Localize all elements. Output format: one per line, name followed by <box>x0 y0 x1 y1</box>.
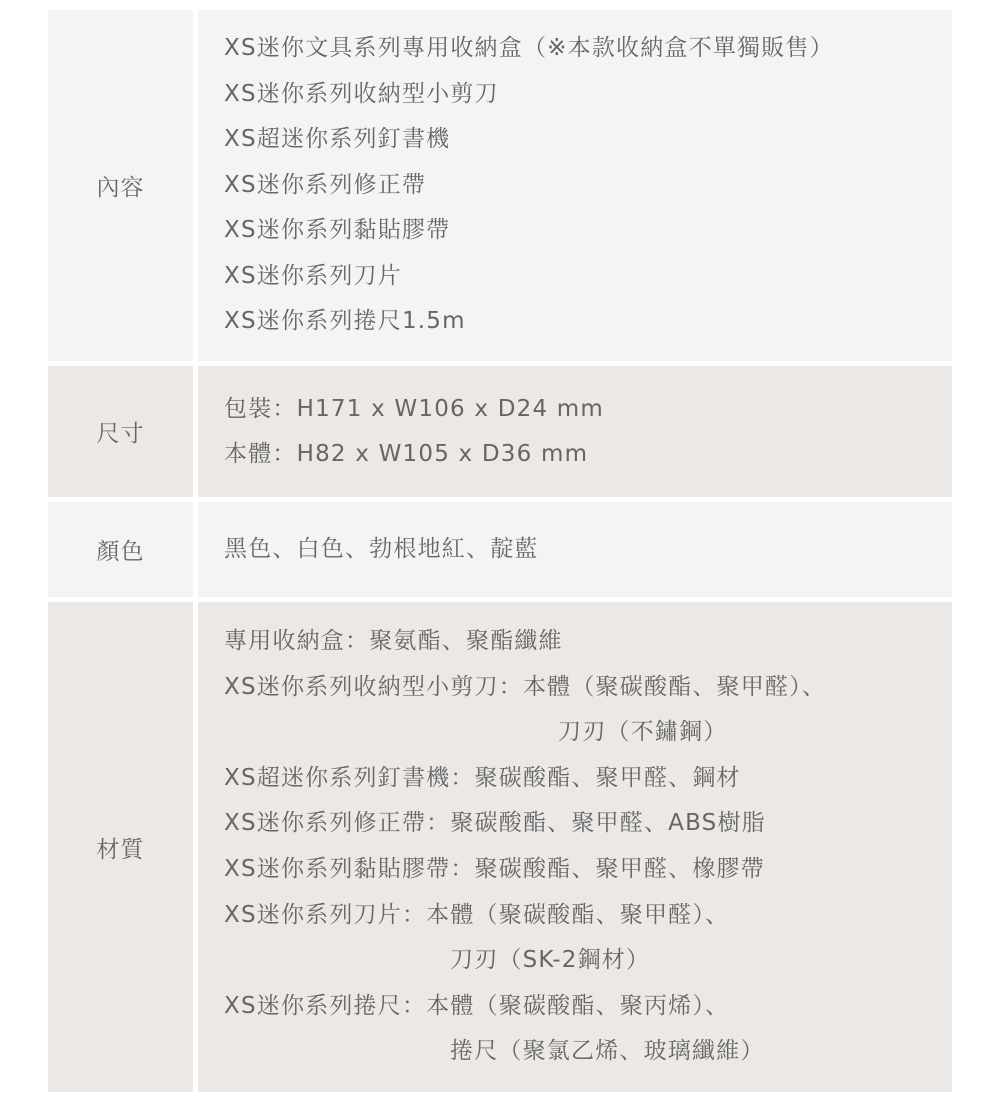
material-item: XS迷你系列刀片：本體（聚碳酸酯、聚甲醛）、 <box>224 893 952 939</box>
spec-label-material: 材質 <box>48 602 193 1092</box>
spec-row-size: 尺寸 包裝：H171 x W106 x D24 mm 本體：H82 x W105… <box>48 366 952 497</box>
material-item-continuation: 捲尺（聚氯乙烯、玻璃纖維） <box>224 1029 952 1075</box>
content-item: XS超迷你系列釘書機 <box>224 117 952 163</box>
material-item-continuation: 刀刃（SK-2鋼材） <box>224 938 952 984</box>
spec-table: 內容 XS迷你文具系列專用收納盒（※本款收納盒不單獨販售） XS迷你系列收納型小… <box>48 10 952 1092</box>
label-text: 顏色 <box>97 533 145 566</box>
material-item: XS迷你系列收納型小剪刀：本體（聚碳酸酯、聚甲醛）、 <box>224 665 952 711</box>
spec-label-contents: 內容 <box>48 10 193 361</box>
size-package: 包裝：H171 x W106 x D24 mm <box>224 387 952 432</box>
content-item: XS迷你文具系列專用收納盒（※本款收納盒不單獨販售） <box>224 26 952 72</box>
spec-value-material: 專用收納盒：聚氨酯、聚酯纖維 XS迷你系列收納型小剪刀：本體（聚碳酸酯、聚甲醛）… <box>198 602 952 1092</box>
content-item: XS迷你系列刀片 <box>224 254 952 300</box>
color-options: 黑色、白色、勃根地紅、靛藍 <box>224 527 952 573</box>
label-text: 材質 <box>97 831 145 864</box>
spec-row-contents: 內容 XS迷你文具系列專用收納盒（※本款收納盒不單獨販售） XS迷你系列收納型小… <box>48 10 952 361</box>
spec-row-material: 材質 專用收納盒：聚氨酯、聚酯纖維 XS迷你系列收納型小剪刀：本體（聚碳酸酯、聚… <box>48 602 952 1092</box>
material-item: XS迷你系列捲尺：本體（聚碳酸酯、聚丙烯）、 <box>224 984 952 1030</box>
label-text: 尺寸 <box>97 415 145 448</box>
spec-row-color: 顏色 黑色、白色、勃根地紅、靛藍 <box>48 502 952 597</box>
material-item: XS超迷你系列釘書機：聚碳酸酯、聚甲醛、鋼材 <box>224 756 952 802</box>
size-body: 本體：H82 x W105 x D36 mm <box>224 432 952 477</box>
content-item: XS迷你系列收納型小剪刀 <box>224 72 952 118</box>
spec-value-color: 黑色、白色、勃根地紅、靛藍 <box>198 502 952 597</box>
label-text: 內容 <box>97 169 145 202</box>
material-item: XS迷你系列修正帶：聚碳酸酯、聚甲醛、ABS樹脂 <box>224 801 952 847</box>
content-item: XS迷你系列捲尺1.5m <box>224 299 952 345</box>
spec-value-contents: XS迷你文具系列專用收納盒（※本款收納盒不單獨販售） XS迷你系列收納型小剪刀 … <box>198 10 952 361</box>
material-item: 專用收納盒：聚氨酯、聚酯纖維 <box>224 619 952 665</box>
spec-label-color: 顏色 <box>48 502 193 597</box>
spec-value-size: 包裝：H171 x W106 x D24 mm 本體：H82 x W105 x … <box>198 366 952 497</box>
spec-label-size: 尺寸 <box>48 366 193 497</box>
material-item: XS迷你系列黏貼膠帶：聚碳酸酯、聚甲醛、橡膠帶 <box>224 847 952 893</box>
material-item-continuation: 刀刃（不鏽鋼） <box>224 710 952 756</box>
content-item: XS迷你系列修正帶 <box>224 163 952 209</box>
content-item: XS迷你系列黏貼膠帶 <box>224 208 952 254</box>
